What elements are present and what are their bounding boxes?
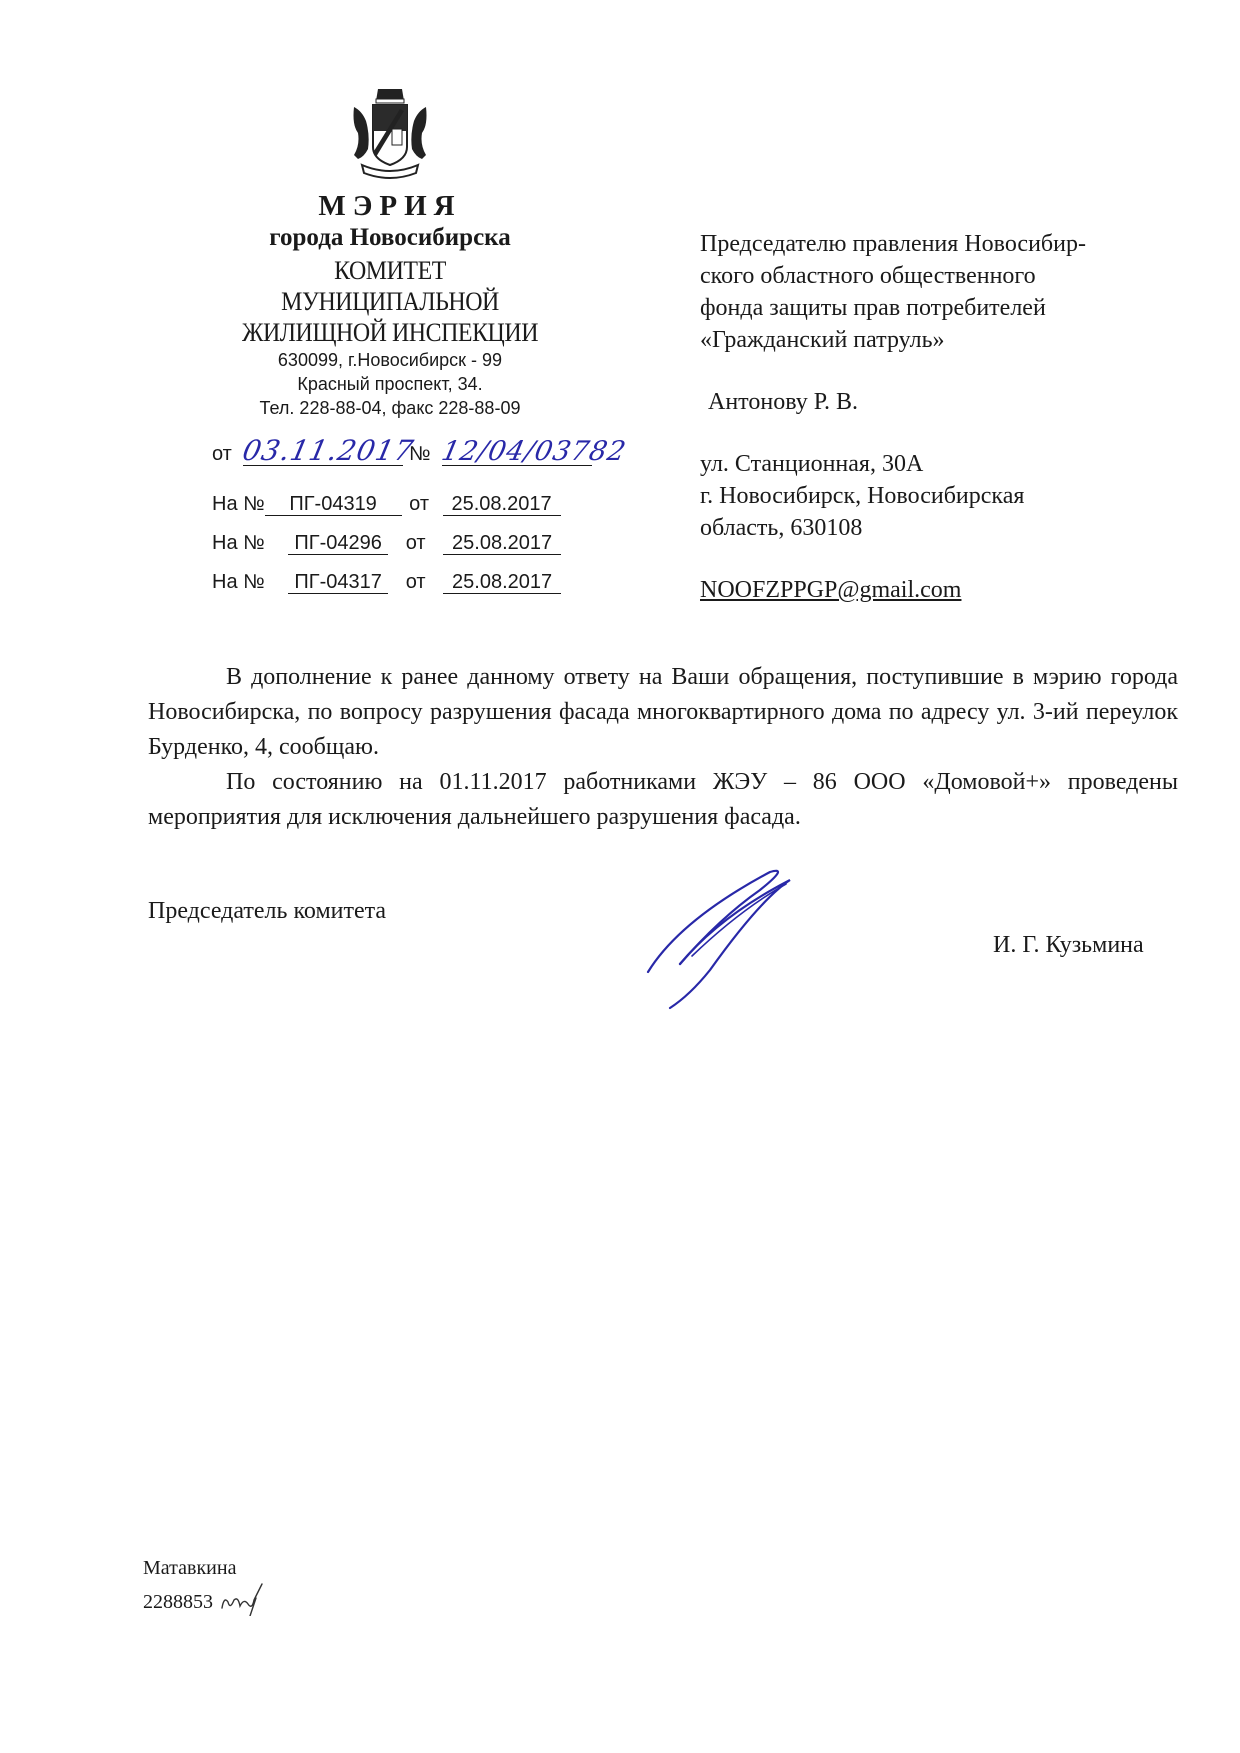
addressee-position-line: ского областного общественного xyxy=(700,260,1180,292)
addressee-name: Антонову Р. В. xyxy=(700,386,1180,418)
reference-row: На № ПГ-04296 от 25.08.2017 xyxy=(212,532,561,555)
reference-date: 25.08.2017 xyxy=(443,532,561,555)
outgoing-registration: от 03.11.2017 № 12/04/03782 xyxy=(212,440,592,466)
addressee-position-line: Председателю правления Новосибир- xyxy=(700,228,1180,260)
mayor-office-title: МЭРИЯ xyxy=(170,191,610,221)
handwritten-signature-icon xyxy=(640,860,820,1010)
org-address-line-2: Красный проспект, 34. xyxy=(170,372,610,396)
outgoing-number-handwritten: 12/04/03782 xyxy=(440,441,628,463)
reference-from-label: от xyxy=(406,571,426,593)
signatory-title: Председатель комитета xyxy=(148,898,386,925)
addressee-position-line: фонда защиты прав потребителей xyxy=(700,292,1180,324)
addressee-block: Председателю правления Новосибир- ского … xyxy=(700,228,1180,606)
coat-of-arms-icon xyxy=(340,85,440,185)
reference-date: 25.08.2017 xyxy=(443,493,561,516)
addressee-address-line: г. Новосибирск, Новосибирская xyxy=(700,480,1180,512)
letter-body: В дополнение к ранее данному ответу на В… xyxy=(148,660,1178,835)
reference-number: ПГ-04319 xyxy=(265,493,402,516)
org-line-2: МУНИЦИПАЛЬНОЙ xyxy=(188,286,593,317)
addressee-email-link[interactable]: NOOFZPPGP@gmail.com xyxy=(700,577,961,603)
addressee-address-line: ул. Станционная, 30А xyxy=(700,448,1180,480)
reference-row: На №ПГ-04319 от 25.08.2017 xyxy=(212,493,561,516)
org-address-line-1: 630099, г.Новосибирск - 99 xyxy=(170,348,610,372)
reference-prefix: На № xyxy=(212,571,265,593)
body-paragraph: По состоянию на 01.11.2017 работниками Ж… xyxy=(148,765,1178,835)
reference-prefix: На № xyxy=(212,532,265,554)
outgoing-number-field: 12/04/03782 xyxy=(442,441,592,466)
outgoing-date-field: 03.11.2017 xyxy=(243,440,403,466)
from-label: от xyxy=(212,443,232,465)
reference-number: ПГ-04317 xyxy=(288,571,388,594)
addressee-position-line: «Гражданский патруль» xyxy=(700,324,1180,356)
reference-row: На № ПГ-04317 от 25.08.2017 xyxy=(212,571,561,594)
reference-from-label: от xyxy=(409,493,429,515)
org-line-3: ЖИЛИЩНОЙ ИНСПЕКЦИИ xyxy=(188,317,593,348)
outgoing-date-handwritten: 03.11.2017 xyxy=(241,440,416,462)
reference-date: 25.08.2017 xyxy=(443,571,561,594)
city-name: города Новосибирска xyxy=(170,221,610,255)
org-line-1: КОМИТЕТ xyxy=(188,255,593,286)
letterhead: МЭРИЯ города Новосибирска КОМИТЕТ МУНИЦИ… xyxy=(170,85,610,420)
org-phone-fax: Тел. 228-88-04, факс 228-88-09 xyxy=(170,396,610,420)
reference-from-label: от xyxy=(406,532,426,554)
reference-number: ПГ-04296 xyxy=(288,532,388,555)
executor-block: Матавкина 2288853 xyxy=(143,1555,268,1616)
executor-initials-icon xyxy=(218,1582,268,1616)
addressee-address-line: область, 630108 xyxy=(700,512,1180,544)
executor-phone: 2288853 xyxy=(143,1591,213,1613)
reference-prefix: На № xyxy=(212,493,265,515)
body-paragraph: В дополнение к ранее данному ответу на В… xyxy=(148,660,1178,765)
executor-name: Матавкина xyxy=(143,1555,268,1582)
signatory-name: И. Г. Кузьмина xyxy=(993,932,1144,959)
